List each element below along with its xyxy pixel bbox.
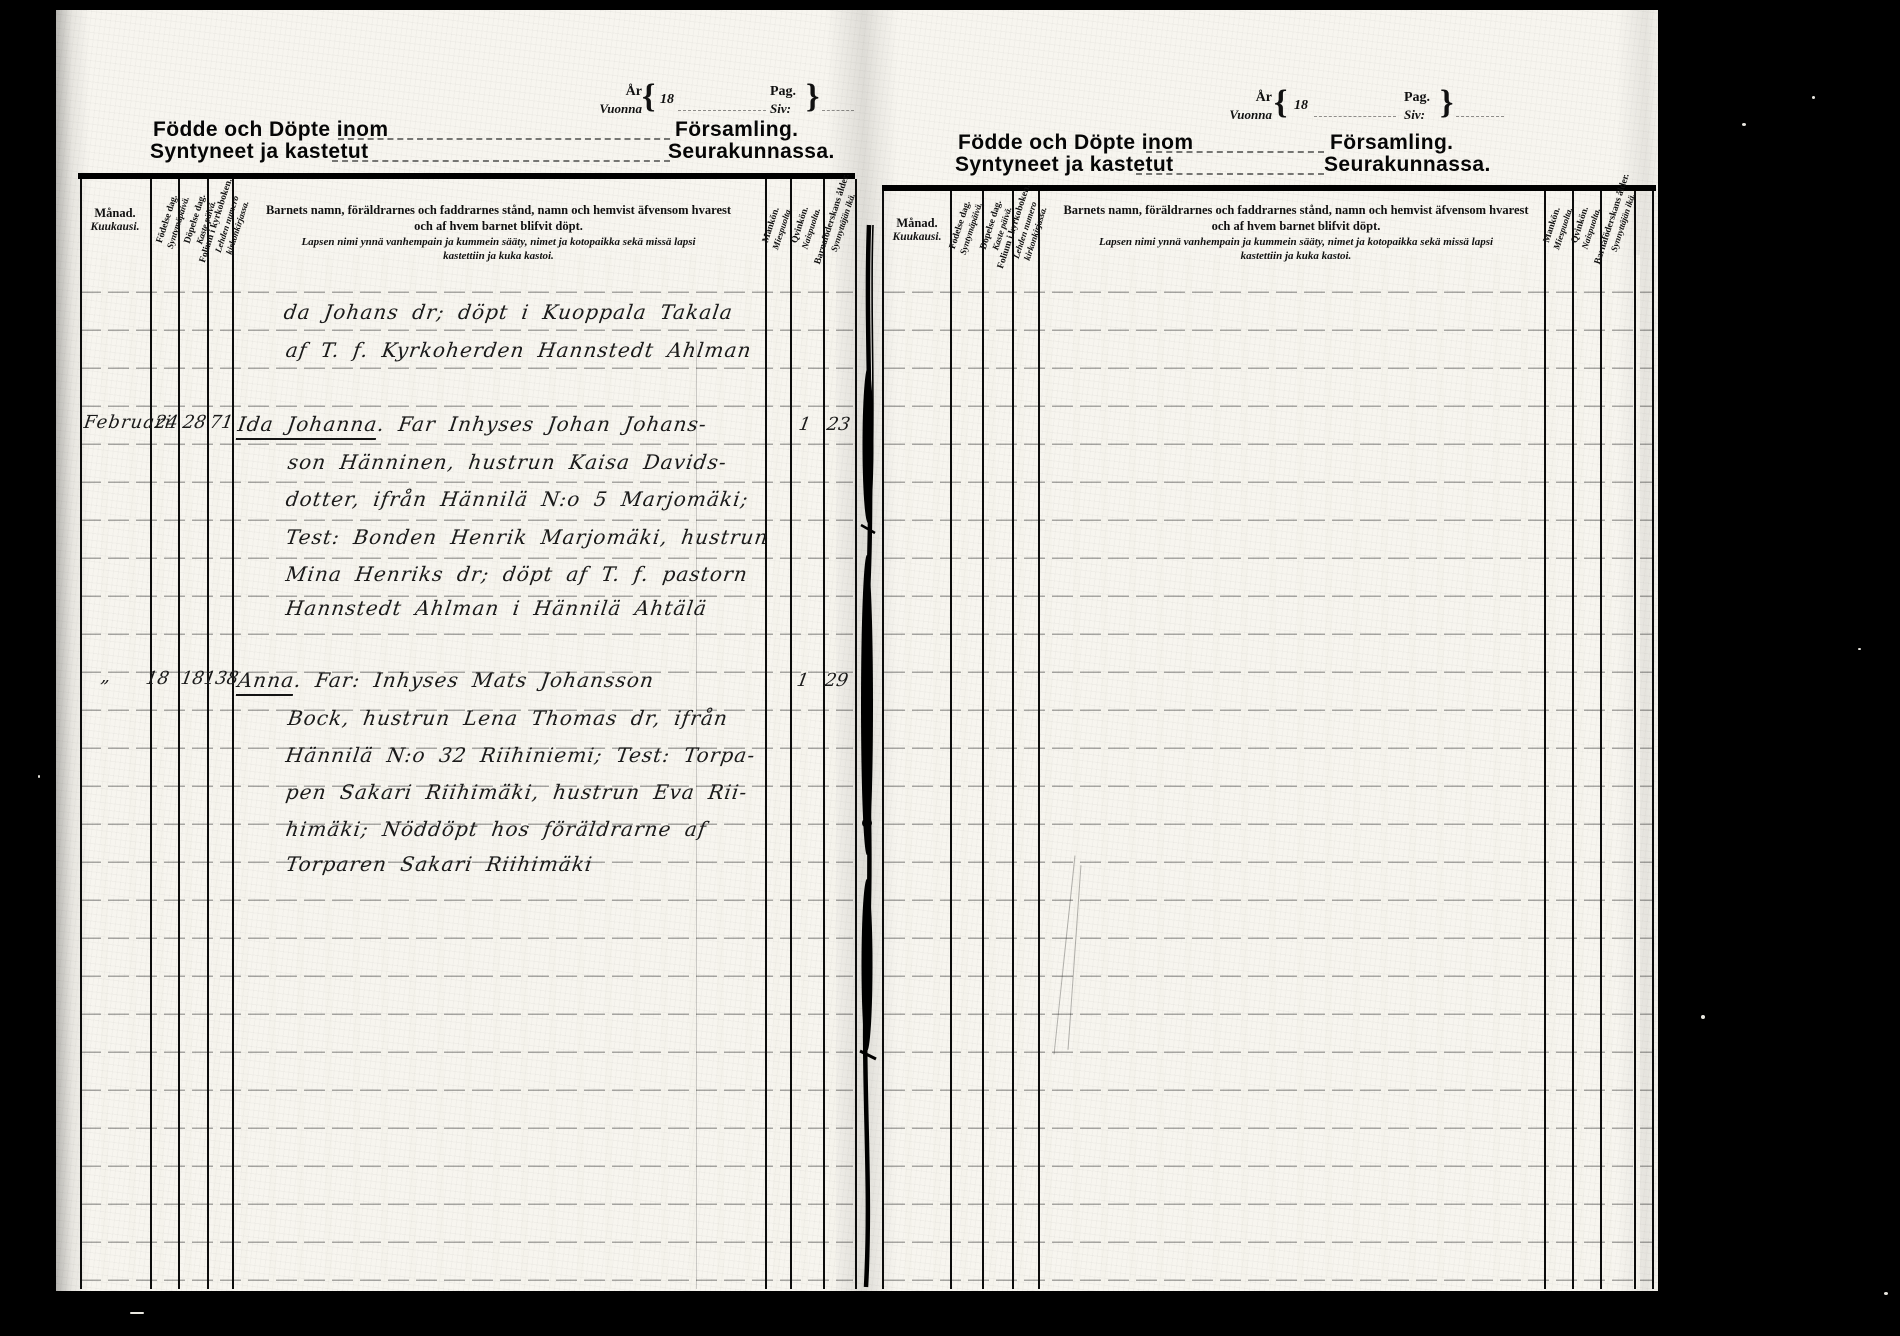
parish-label-sv: Församling. bbox=[675, 118, 798, 142]
entry1-line: son Hänninen, hustrun Kaisa Davids- bbox=[286, 450, 728, 474]
col-details-sv2: och af hvem barnet blifvit döpt. bbox=[1046, 218, 1546, 234]
col-line bbox=[80, 179, 82, 1289]
scan-speck bbox=[1858, 648, 1861, 650]
entry2-line1-rest: . Far: Inhyses Mats Johansson bbox=[293, 668, 656, 692]
col-line bbox=[982, 191, 984, 1289]
entry2-line: himäki; Nöddöpt hos föräldrarne af bbox=[284, 817, 708, 841]
entry1-mother-age: 23 bbox=[825, 414, 852, 435]
year-brace: { bbox=[1274, 86, 1287, 120]
col-details-sv1: Barnets namn, föräldrarnes och faddrarne… bbox=[1046, 202, 1546, 218]
col-month-sv: Månad. bbox=[80, 206, 150, 221]
col-details-fi1: Lapsen nimi ynnä vanhempain ja kummein s… bbox=[1046, 235, 1546, 250]
pag-label-fi: Siv: bbox=[770, 101, 791, 116]
col-month: Månad. Kuukausi. bbox=[882, 216, 952, 243]
col-line bbox=[1038, 191, 1040, 1289]
entry-continuation-line: da Johans dr; döpt i Kuoppala Takala bbox=[282, 300, 734, 324]
parish-label-fi: Seurakunnassa. bbox=[668, 140, 835, 164]
col-line bbox=[1572, 191, 1574, 1289]
col-details-sv1: Barnets namn, föräldrarnes och faddrarne… bbox=[246, 202, 751, 218]
col-line bbox=[232, 179, 234, 1289]
entry1-birth-day: 24 bbox=[153, 412, 180, 433]
entry1-child-name: Ida Johanna bbox=[236, 412, 380, 440]
year-label-fi: Vuonna bbox=[1229, 107, 1272, 122]
scan-speck bbox=[1884, 1292, 1888, 1295]
col-month-fi: Kuukausi. bbox=[80, 221, 150, 233]
entry1-line: Ida Johanna. Far Inhyses Johan Johans- bbox=[236, 412, 708, 436]
scan-speck bbox=[38, 775, 40, 778]
pag-label: Pag. Siv: bbox=[770, 82, 796, 118]
parish-label-fi: Seurakunnassa. bbox=[1324, 153, 1491, 177]
year-value: 18 bbox=[1294, 98, 1308, 114]
col-line bbox=[1600, 191, 1602, 1289]
title-fill-line-2 bbox=[332, 160, 670, 162]
ruled-lines bbox=[884, 255, 1654, 1289]
pag-label: Pag. Siv: bbox=[1404, 88, 1430, 124]
year-label-fi: Vuonna bbox=[599, 101, 642, 116]
col-line bbox=[1652, 191, 1654, 1289]
col-details-sv2: och af hvem barnet blifvit döpt. bbox=[246, 218, 751, 234]
col-line bbox=[207, 179, 209, 1289]
scanned-parish-register: År Vuonna { 18 Pag. Siv: } Födde och Döp… bbox=[0, 0, 1900, 1336]
col-line bbox=[823, 179, 825, 1289]
col-month: Månad. Kuukausi. bbox=[80, 206, 150, 233]
entry2-line: Bock, hustrun Lena Thomas dr, ifrån bbox=[286, 706, 729, 730]
pag-label-sv: Pag. bbox=[770, 84, 796, 99]
scan-speck bbox=[1742, 123, 1746, 126]
entry2-line: Hännilä N:o 32 Riihiniemi; Test: Torpa- bbox=[284, 743, 757, 767]
entry-continuation-line: af T. f. Kyrkoherden Hannstedt Ahlman bbox=[284, 338, 753, 362]
col-line bbox=[178, 179, 180, 1289]
scan-speck bbox=[1701, 1015, 1705, 1019]
scan-speck bbox=[130, 1312, 144, 1314]
title-fill-line-1 bbox=[338, 138, 670, 140]
year-value: 18 bbox=[660, 92, 674, 108]
entry2-folium: 138 bbox=[202, 668, 240, 689]
parish-label-sv: Församling. bbox=[1330, 131, 1453, 155]
entry2-child-name: Anna bbox=[236, 668, 296, 696]
year-label: År Vuonna bbox=[592, 82, 642, 118]
pag-label-fi: Siv: bbox=[1404, 107, 1425, 122]
entry1-line: Test: Bonden Henrik Marjomäki, hustrun bbox=[284, 525, 770, 549]
entry1-line: Hannstedt Ahlman i Hännilä Ahtälä bbox=[284, 596, 709, 620]
col-line bbox=[882, 191, 884, 1289]
col-line bbox=[150, 179, 152, 1289]
entry2-line: Torparen Sakari Riihimäki bbox=[284, 852, 594, 876]
col-details-fi2: kastettiin ja kuka kastoi. bbox=[1046, 249, 1546, 264]
col-line bbox=[765, 179, 767, 1289]
col-month-sv: Månad. bbox=[882, 216, 952, 231]
year-fill-line bbox=[678, 110, 766, 111]
col-details-fi2: kastettiin ja kuka kastoi. bbox=[246, 249, 751, 264]
scan-speck bbox=[1812, 96, 1815, 99]
pag-fill-line bbox=[1456, 116, 1504, 117]
col-line bbox=[1544, 191, 1546, 1289]
page-crease bbox=[696, 340, 697, 1289]
title-fill-line-2 bbox=[1136, 173, 1324, 175]
col-details: Barnets namn, föräldrarnes och faddrarne… bbox=[1046, 202, 1546, 264]
entry2-line: pen Sakari Riihimäki, hustrun Eva Rii- bbox=[284, 780, 749, 804]
year-brace: { bbox=[642, 80, 655, 114]
entry1-line1-rest: . Far Inhyses Johan Johans- bbox=[376, 412, 709, 436]
year-fill-line bbox=[1314, 116, 1396, 117]
pag-brace: } bbox=[806, 80, 819, 114]
col-line bbox=[950, 191, 952, 1289]
year-label-sv: År bbox=[626, 84, 642, 99]
col-line bbox=[1634, 191, 1636, 1289]
pag-fill-line bbox=[822, 110, 854, 111]
year-label-sv: År bbox=[1256, 90, 1272, 105]
ruled-lines bbox=[80, 255, 853, 1289]
col-details: Barnets namn, föräldrarnes och faddrarne… bbox=[246, 202, 751, 264]
entry1-line: dotter, ifrån Hännilä N:o 5 Marjomäki; bbox=[284, 487, 750, 511]
entry1-folium: 71 bbox=[208, 412, 235, 433]
pag-label-sv: Pag. bbox=[1404, 90, 1430, 105]
book-binding bbox=[851, 223, 885, 1291]
entry2-line: Anna. Far: Inhyses Mats Johansson bbox=[236, 668, 656, 692]
col-line bbox=[1012, 191, 1014, 1289]
year-label: År Vuonna bbox=[1222, 88, 1272, 124]
entry2-mother-age: 29 bbox=[823, 670, 850, 691]
pag-brace: } bbox=[1440, 86, 1453, 120]
entry1-line: Mina Henriks dr; döpt af T. f. pastorn bbox=[284, 562, 749, 586]
entry1-baptism-day: 28 bbox=[181, 412, 208, 433]
col-details-fi1: Lapsen nimi ynnä vanhempain ja kummein s… bbox=[246, 235, 751, 250]
col-line bbox=[790, 179, 792, 1289]
title-fill-line-1 bbox=[1146, 151, 1324, 153]
entry2-birth-day: 18 bbox=[144, 668, 171, 689]
col-month-fi: Kuukausi. bbox=[882, 231, 952, 243]
book-spread: År Vuonna { 18 Pag. Siv: } Födde och Döp… bbox=[56, 10, 1658, 1291]
